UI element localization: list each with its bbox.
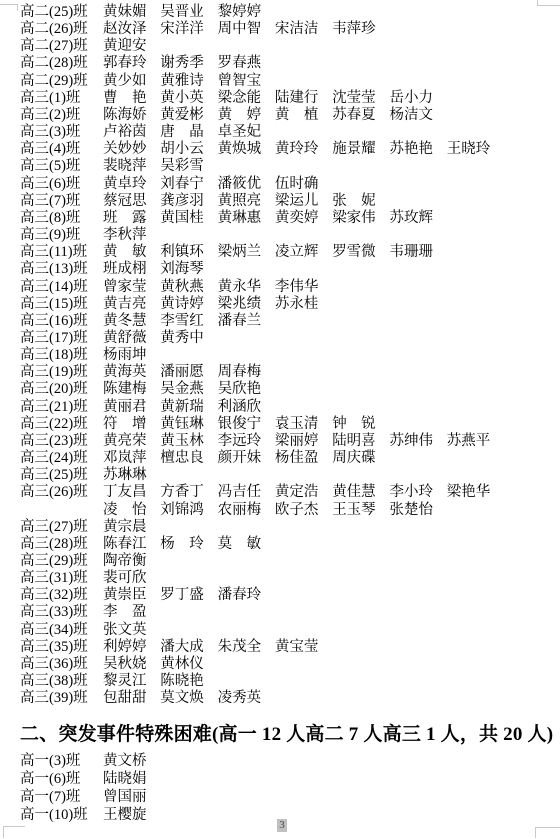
student-name: 欧子杰 (275, 502, 332, 519)
table-row: 高三(1)班曹 艳黄小英梁念能陆建行沈莹莹岳小力 (0, 90, 560, 107)
student-name: 苏燕平 (447, 433, 504, 450)
student-name: 陆建行 (275, 90, 332, 107)
student-name: 岳小力 (389, 90, 446, 107)
student-name: 邓岚萍 (103, 450, 160, 467)
student-name: 施景耀 (332, 141, 389, 158)
student-name: 王玉琴 (332, 502, 389, 519)
student-name: 黄定浩 (275, 484, 332, 501)
student-name: 苏绅伟 (389, 433, 446, 450)
table-row: 高三(23)班黄亮荣黄玉林李远玲梁丽婷陆明喜苏绅伟苏燕平 (0, 433, 560, 450)
student-name: 黄妹媚 (103, 4, 160, 21)
student-name: 黄小英 (160, 90, 217, 107)
student-name: 梁兆绩 (218, 296, 275, 313)
table-row: 高三(38)班黎灵江陈晓艳 (0, 673, 560, 690)
student-name: 黄钰琳 (160, 416, 217, 433)
student-name: 裴可欣 (103, 570, 160, 587)
student-name: 颜开妹 (218, 450, 275, 467)
student-name: 檀忠良 (160, 450, 217, 467)
table-row: 高一(3)班黄文桥 (0, 752, 560, 770)
student-name: 苏春夏 (332, 107, 389, 124)
table-row: 高二(29)班黄少如黄雅诗曾智宝 (0, 73, 560, 90)
student-name: 赵汝泽 (103, 21, 160, 38)
student-name: 黄 婷 (218, 107, 275, 124)
table-row: 高三(21)班黄丽君黄新瑞利涵欣 (0, 399, 560, 416)
class-label: 高三(21)班 (20, 399, 103, 416)
class-label: 高三(2)班 (20, 107, 103, 124)
table-row: 高三(14)班曾家莹黄秋燕黄永华李伟华 (0, 279, 560, 296)
student-name: 吴秋娆 (103, 656, 160, 673)
class-label: 高二(29)班 (20, 73, 103, 90)
section2-heading: 二、突发事件特殊困难(高一 12 人高二 7 人高三 1 人，共 20 人) (20, 719, 553, 746)
student-name: 黄崇臣 (103, 587, 160, 604)
page-number-field: 3 (277, 819, 287, 832)
student-name: 凌 怡 (103, 502, 160, 519)
student-name: 卓圣妃 (218, 124, 275, 141)
student-name: 潘筱优 (218, 176, 275, 193)
table-row: 高三(24)班邓岚萍檀忠良颜开妹杨佳盈周庆碟 (0, 450, 560, 467)
table-row: 高三(39)班包甜甜莫文焕凌秀英 (0, 690, 560, 707)
table-row: 高二(27)班黄迎安 (0, 38, 560, 55)
table-row: 高三(31)班裴可欣 (0, 570, 560, 587)
student-name: 黎灵江 (103, 673, 160, 690)
table-row: 高三(35)班利婷婷潘大成朱茂全黄宝莹 (0, 639, 560, 656)
class-label: 高三(9)班 (20, 227, 103, 244)
student-name: 苏玫辉 (389, 210, 446, 227)
class-label: 高三(34)班 (20, 622, 103, 639)
student-name: 黄少如 (103, 73, 160, 90)
student-name: 黄亮荣 (103, 433, 160, 450)
student-name: 刘锦鸿 (160, 502, 217, 519)
student-name: 黄冬慧 (103, 313, 160, 330)
class-label: 高三(26)班 (20, 484, 103, 501)
student-name: 罗雪微 (332, 244, 389, 261)
class-label: 高三(19)班 (20, 364, 103, 381)
table-row: 高二(25)班黄妹媚吴晋业黎婷婷 (0, 4, 560, 21)
class-label: 高三(25)班 (20, 467, 103, 484)
class-label: 高一(10)班 (20, 806, 103, 824)
student-name: 黄新瑞 (160, 399, 217, 416)
table-row: 高三(2)班陈海娇黄爱彬黄 婷黄 植苏春夏杨洁文 (0, 107, 560, 124)
table-row: 高三(7)班蔡冠思龚彦羽黄照亮梁运儿张 妮 (0, 193, 560, 210)
student-name: 韦萍珍 (332, 21, 389, 38)
student-name: 杨 玲 (160, 536, 217, 553)
student-name: 符 增 (103, 416, 160, 433)
student-name: 黄琳惠 (218, 210, 275, 227)
student-name: 梁家伟 (332, 210, 389, 227)
student-name: 杨雨坤 (103, 347, 160, 364)
table-row: 凌 怡刘锦鸿农丽梅欧子杰王玉琴张楚怡 (0, 502, 560, 519)
text-boundary-mark-bottom-left (3, 826, 25, 838)
class-label: 高三(24)班 (20, 450, 103, 467)
student-name: 陈晓艳 (160, 673, 217, 690)
class-label: 高三(14)班 (20, 279, 103, 296)
student-name: 梁丽婷 (275, 433, 332, 450)
student-name: 关妙妙 (103, 141, 160, 158)
table-row: 高三(19)班黄海英潘丽愿周春梅 (0, 364, 560, 381)
class-label: 高三(4)班 (20, 141, 103, 158)
class-label: 高三(28)班 (20, 536, 103, 553)
student-name: 曾家莹 (103, 279, 160, 296)
student-name: 黄佳慧 (332, 484, 389, 501)
student-name: 黄永华 (218, 279, 275, 296)
student-name: 黄玲玲 (275, 141, 332, 158)
student-name: 黄秋燕 (160, 279, 217, 296)
student-name: 黎婷婷 (218, 4, 275, 21)
class-label: 高三(27)班 (20, 519, 103, 536)
student-name: 吴金燕 (160, 381, 217, 398)
student-name: 黄焕城 (218, 141, 275, 158)
student-name-list-section1: 高二(25)班黄妹媚吴晋业黎婷婷高二(26)班赵汝泽宋洋洋周中智宋洁洁韦萍珍高二… (0, 4, 560, 707)
student-name: 莫 敏 (218, 536, 275, 553)
student-name: 利镇环 (160, 244, 217, 261)
class-label: 高三(11)班 (20, 244, 103, 261)
student-name: 刘海琴 (160, 261, 217, 278)
student-name: 梁炳兰 (218, 244, 275, 261)
student-name: 蔡冠思 (103, 193, 160, 210)
table-row: 高三(6)班黄卓玲刘春宁潘筱优伍时确 (0, 176, 560, 193)
student-name: 黄秀中 (160, 330, 217, 347)
class-label: 高三(13)班 (20, 261, 103, 278)
student-name: 杨佳盈 (275, 450, 332, 467)
student-name: 陈建梅 (103, 381, 160, 398)
table-row: 高三(34)班张文英 (0, 622, 560, 639)
table-row: 高三(32)班黄崇臣罗丁盛潘春玲 (0, 587, 560, 604)
table-row: 高三(22)班符 增黄钰琳银俊宁袁玉清钟 锐 (0, 416, 560, 433)
student-name: 苏永桂 (275, 296, 332, 313)
class-label: 高三(22)班 (20, 416, 103, 433)
student-name: 黄照亮 (218, 193, 275, 210)
student-name: 宋洁洁 (275, 21, 332, 38)
student-name: 张文英 (103, 622, 160, 639)
student-name: 王晓玲 (447, 141, 504, 158)
student-name: 袁玉清 (275, 416, 332, 433)
student-name: 黄 植 (275, 107, 332, 124)
student-name: 王樱旋 (103, 806, 160, 824)
table-row: 高三(11)班黄 敏利镇环梁炳兰凌立辉罗雪微韦珊珊 (0, 244, 560, 261)
student-name: 李秋萍 (103, 227, 160, 244)
student-name: 凌立辉 (275, 244, 332, 261)
student-name: 班成栩 (103, 261, 160, 278)
student-name: 郭春玲 (103, 55, 160, 72)
table-row: 高三(27)班黄宗晨 (0, 519, 560, 536)
table-row: 高三(15)班黄吉亮黄诗婷梁兆绩苏永桂 (0, 296, 560, 313)
class-label: 高三(20)班 (20, 381, 103, 398)
class-label: 高二(28)班 (20, 55, 103, 72)
student-name: 李远玲 (218, 433, 275, 450)
student-name: 黄卓玲 (103, 176, 160, 193)
table-row: 高三(16)班黄冬慧李雪红潘春兰 (0, 313, 560, 330)
student-name: 周中智 (218, 21, 275, 38)
student-name: 黄迎安 (103, 38, 160, 55)
class-label: 高三(15)班 (20, 296, 103, 313)
student-name: 唐 晶 (160, 124, 217, 141)
class-label: 高三(5)班 (20, 158, 103, 175)
table-row: 高一(7)班曾国丽 (0, 788, 560, 806)
class-label: 高三(33)班 (20, 604, 103, 621)
class-label: 高三(16)班 (20, 313, 103, 330)
student-name: 李雪红 (160, 313, 217, 330)
student-name: 黄宝莹 (275, 639, 332, 656)
class-label: 高三(7)班 (20, 193, 103, 210)
table-row: 高二(26)班赵汝泽宋洋洋周中智宋洁洁韦萍珍 (0, 21, 560, 38)
class-label: 高三(36)班 (20, 656, 103, 673)
student-name: 利涵欣 (218, 399, 275, 416)
student-name: 周春梅 (218, 364, 275, 381)
word-document-page: 高二(25)班黄妹媚吴晋业黎婷婷高二(26)班赵汝泽宋洋洋周中智宋洁洁韦萍珍高二… (0, 0, 560, 839)
student-name: 曹 艳 (103, 90, 160, 107)
student-name: 黄诗婷 (160, 296, 217, 313)
student-name: 罗丁盛 (160, 587, 217, 604)
student-name: 吴晋业 (160, 4, 217, 21)
student-name: 黄雅诗 (160, 73, 217, 90)
class-label: 高三(29)班 (20, 553, 103, 570)
student-name: 吴彩雪 (160, 158, 217, 175)
class-label: 高三(32)班 (20, 587, 103, 604)
student-name: 黄吉亮 (103, 296, 160, 313)
student-name-list-section2: 高一(3)班黄文桥高一(6)班陆晓娟高一(7)班曾国丽高一(10)班王樱旋 (0, 752, 560, 824)
class-label: 高二(25)班 (20, 4, 103, 21)
student-name: 潘大成 (160, 639, 217, 656)
student-name: 梁念能 (218, 90, 275, 107)
student-name: 苏琳琳 (103, 467, 160, 484)
student-name: 卢裕茵 (103, 124, 160, 141)
student-name: 伍时确 (275, 176, 332, 193)
student-name: 陆明喜 (332, 433, 389, 450)
student-name: 陈海娇 (103, 107, 160, 124)
student-name: 黄爱彬 (160, 107, 217, 124)
table-row: 高三(28)班陈春江杨 玲莫 敏 (0, 536, 560, 553)
table-row: 高二(28)班郭春玲谢秀季罗春燕 (0, 55, 560, 72)
table-row: 高三(20)班陈建梅吴金燕吴欣艳 (0, 381, 560, 398)
student-name: 黄宗晨 (103, 519, 160, 536)
student-name: 潘春玲 (218, 587, 275, 604)
class-label: 高一(6)班 (20, 770, 103, 788)
student-name: 沈莹莹 (332, 90, 389, 107)
table-row: 高三(8)班班 露黄国桂黄琳惠黄奕婷梁家伟苏玫辉 (0, 210, 560, 227)
table-row: 高三(36)班吴秋娆黄林仪 (0, 656, 560, 673)
table-row: 高三(13)班班成栩刘海琴 (0, 261, 560, 278)
student-name: 黄文桥 (103, 752, 160, 770)
class-label: 高一(7)班 (20, 788, 103, 806)
student-name: 苏艳艳 (389, 141, 446, 158)
student-name: 陆晓娟 (103, 770, 160, 788)
student-name: 黄林仪 (160, 656, 217, 673)
student-name: 梁运儿 (275, 193, 332, 210)
class-label: 高三(8)班 (20, 210, 103, 227)
student-name: 李 盈 (103, 604, 160, 621)
student-name: 梁艳华 (447, 484, 504, 501)
student-name: 杨洁文 (389, 107, 446, 124)
table-row: 高一(6)班陆晓娟 (0, 770, 560, 788)
class-label: 高三(18)班 (20, 347, 103, 364)
student-name: 黄国桂 (160, 210, 217, 227)
student-name: 黄丽君 (103, 399, 160, 416)
student-name: 罗春燕 (218, 55, 275, 72)
class-label: 高三(3)班 (20, 124, 103, 141)
table-row: 高三(4)班关妙妙胡小云黄焕城黄玲玲施景耀苏艳艳王晓玲 (0, 141, 560, 158)
student-name: 胡小云 (160, 141, 217, 158)
student-name: 李伟华 (275, 279, 332, 296)
student-name: 龚彦羽 (160, 193, 217, 210)
student-name: 农丽梅 (218, 502, 275, 519)
class-label: 高三(1)班 (20, 90, 103, 107)
student-name: 方香丁 (160, 484, 217, 501)
student-name: 凌秀英 (218, 690, 275, 707)
table-row: 高三(3)班卢裕茵唐 晶卓圣妃 (0, 124, 560, 141)
student-name: 冯吉任 (218, 484, 275, 501)
class-label: 高二(26)班 (20, 21, 103, 38)
student-name: 潘春兰 (218, 313, 275, 330)
class-label: 高三(39)班 (20, 690, 103, 707)
student-name: 钟 锐 (332, 416, 389, 433)
class-label: 高三(31)班 (20, 570, 103, 587)
student-name: 刘春宁 (160, 176, 217, 193)
text-boundary-mark-bottom-right (535, 827, 560, 838)
class-label: 高二(27)班 (20, 38, 103, 55)
student-name: 曾智宝 (218, 73, 275, 90)
table-row: 高三(17)班黄舒薇黄秀中 (0, 330, 560, 347)
table-row: 高三(26)班丁友昌方香丁冯吉任黄定浩黄佳慧李小玲梁艳华 (0, 484, 560, 501)
class-label: 高三(17)班 (20, 330, 103, 347)
class-label: 高三(38)班 (20, 673, 103, 690)
student-name: 谢秀季 (160, 55, 217, 72)
table-row: 高三(9)班李秋萍 (0, 227, 560, 244)
class-label: 高一(3)班 (20, 752, 103, 770)
student-name: 潘丽愿 (160, 364, 217, 381)
student-name: 丁友昌 (103, 484, 160, 501)
student-name: 李小玲 (389, 484, 446, 501)
class-label: 高三(35)班 (20, 639, 103, 656)
table-row: 高三(29)班陶帝衡 (0, 553, 560, 570)
student-name: 黄 敏 (103, 244, 160, 261)
student-name: 黄舒薇 (103, 330, 160, 347)
student-name: 曾国丽 (103, 788, 160, 806)
table-row: 高三(5)班裴晓萍吴彩雪 (0, 158, 560, 175)
student-name: 黄奕婷 (275, 210, 332, 227)
student-name: 银俊宁 (218, 416, 275, 433)
table-row: 高三(25)班苏琳琳 (0, 467, 560, 484)
table-row: 高三(18)班杨雨坤 (0, 347, 560, 364)
student-name: 黄海英 (103, 364, 160, 381)
student-name: 班 露 (103, 210, 160, 227)
class-label: 高三(6)班 (20, 176, 103, 193)
table-row: 高三(33)班李 盈 (0, 604, 560, 621)
student-name: 宋洋洋 (160, 21, 217, 38)
student-name: 陶帝衡 (103, 553, 160, 570)
student-name: 利婷婷 (103, 639, 160, 656)
student-name: 黄玉林 (160, 433, 217, 450)
student-name: 包甜甜 (103, 690, 160, 707)
student-name: 吴欣艳 (218, 381, 275, 398)
class-label: 高三(23)班 (20, 433, 103, 450)
student-name: 张楚怡 (389, 502, 446, 519)
student-name: 莫文焕 (160, 690, 217, 707)
student-name: 朱茂全 (218, 639, 275, 656)
student-name: 陈春江 (103, 536, 160, 553)
student-name: 张 妮 (332, 193, 389, 210)
student-name: 韦珊珊 (389, 244, 446, 261)
student-name: 裴晓萍 (103, 158, 160, 175)
student-name: 周庆碟 (332, 450, 389, 467)
